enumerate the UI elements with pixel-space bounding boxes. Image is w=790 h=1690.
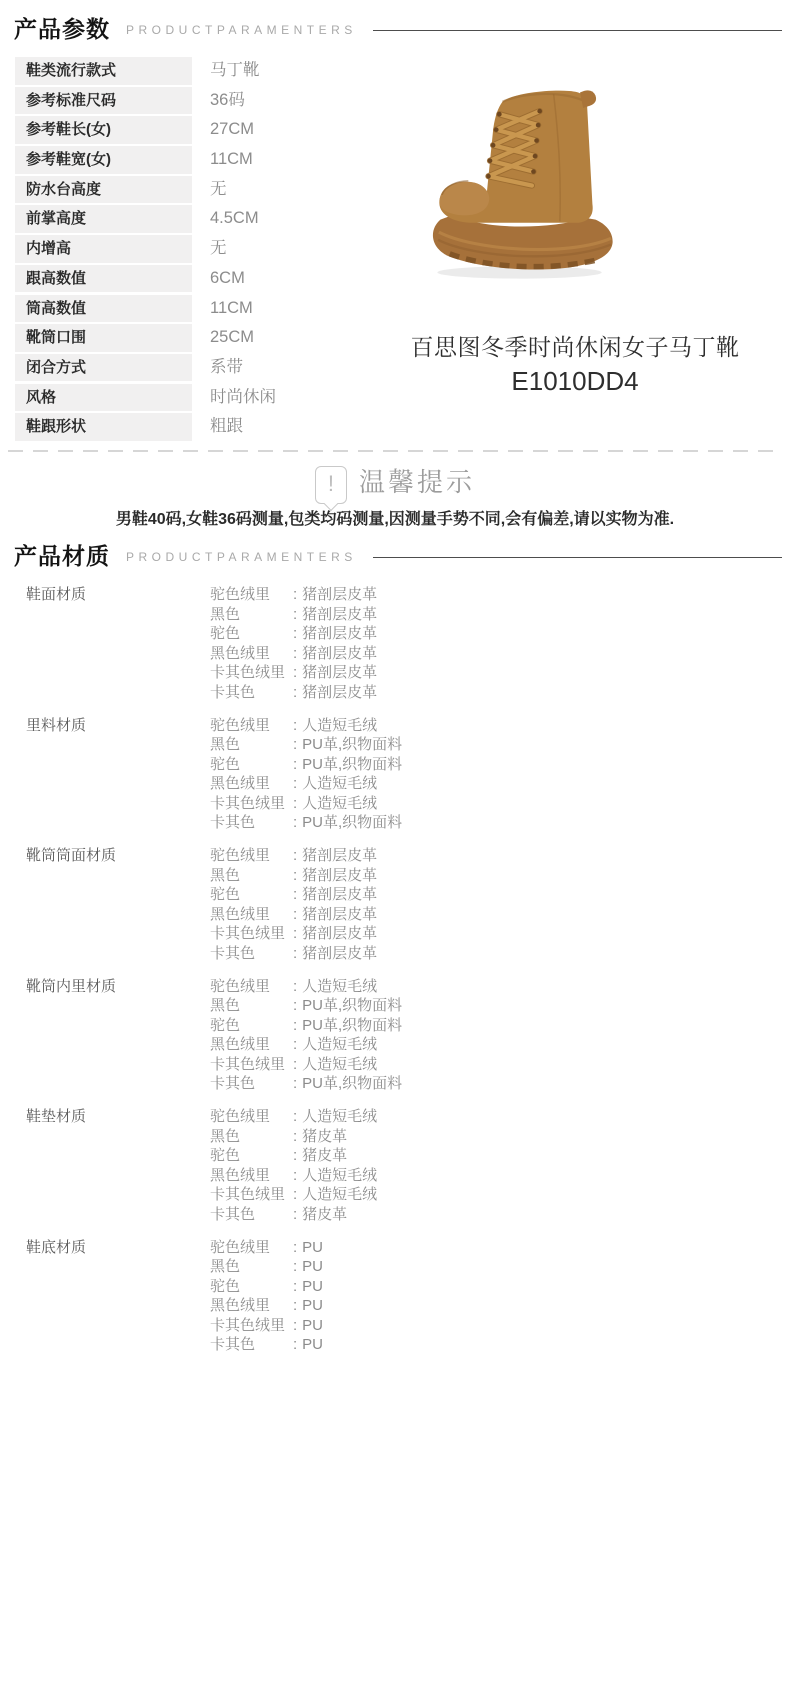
exclamation-bubble-icon: ! — [315, 466, 347, 504]
material-colon: : — [293, 716, 297, 736]
material-value: PU — [302, 1335, 323, 1355]
table-row: 参考鞋宽(女) 11CM — [15, 146, 395, 174]
material-row: 驼色绒里 : 猪剖层皮革 — [210, 585, 770, 605]
material-value: 猪剖层皮革 — [302, 905, 377, 925]
material-value: 人造短毛绒 — [302, 774, 377, 794]
material-color-name: 黑色 — [210, 866, 293, 886]
param-label: 鞋类流行款式 — [15, 57, 192, 85]
material-color-name: 卡其色绒里 — [210, 794, 293, 814]
material-value: 人造短毛绒 — [302, 1035, 377, 1055]
material-rows: 驼色绒里 : 人造短毛绒 黑色 : 猪皮革 驼色 : 猪皮革 黑色绒里 : 人造… — [210, 1107, 770, 1224]
parameters-table: 鞋类流行款式 马丁靴 参考标准尺码 36码 参考鞋长(女) 27CM 参考鞋宽(… — [15, 57, 395, 443]
material-row: 驼色 : PU — [210, 1277, 770, 1297]
material-color-name: 卡其色 — [210, 683, 293, 703]
material-row: 卡其色 : 猪剖层皮革 — [210, 683, 770, 703]
param-label: 内增高 — [15, 235, 192, 263]
material-rows: 驼色绒里 : 猪剖层皮革 黑色 : 猪剖层皮革 驼色 : 猪剖层皮革 黑色绒里 … — [210, 846, 770, 963]
product-photo-martin-boot — [428, 86, 618, 282]
material-colon: : — [293, 683, 297, 703]
param-value: 4.5CM — [210, 205, 259, 233]
table-row: 风格 时尚休闲 — [15, 384, 395, 412]
material-color-name: 驼色绒里 — [210, 846, 293, 866]
material-value: PU革,织物面料 — [302, 735, 402, 755]
material-section: 靴筒筒面材质 驼色绒里 : 猪剖层皮革 黑色 : 猪剖层皮革 驼色 : 猪剖层皮… — [26, 846, 770, 963]
param-label: 参考标准尺码 — [15, 87, 192, 115]
material-colon: : — [293, 1016, 297, 1036]
material-colon: : — [293, 663, 297, 683]
material-section-label: 鞋面材质 — [26, 585, 86, 605]
material-row: 卡其色 : 猪皮革 — [210, 1205, 770, 1225]
material-color-name: 卡其色 — [210, 1205, 293, 1225]
material-value: 人造短毛绒 — [302, 794, 377, 814]
material-section-label: 鞋底材质 — [26, 1238, 86, 1258]
material-row: 驼色 : PU革,织物面料 — [210, 1016, 770, 1036]
material-row: 黑色绒里 : 人造短毛绒 — [210, 774, 770, 794]
tip-header: ! 温馨提示 — [0, 456, 790, 504]
material-value: PU — [302, 1316, 323, 1336]
material-section: 靴筒内里材质 驼色绒里 : 人造短毛绒 黑色 : PU革,织物面料 驼色 : P… — [26, 977, 770, 1094]
param-value: 6CM — [210, 265, 245, 293]
material-value: 人造短毛绒 — [302, 1166, 377, 1186]
material-value: 猪皮革 — [302, 1205, 347, 1225]
material-color-name: 卡其色绒里 — [210, 1055, 293, 1075]
material-colon: : — [293, 735, 297, 755]
material-color-name: 黑色 — [210, 735, 293, 755]
tip-text: 男鞋40码,女鞋36码测量,包类均码测量,因测量手势不同,会有偏差,请以实物为准… — [0, 506, 790, 529]
param-value: 无 — [210, 176, 227, 204]
material-value: 猪剖层皮革 — [302, 683, 377, 703]
material-value: PU革,织物面料 — [302, 1016, 402, 1036]
product-detail-page: { "header_params": { "title": "产品参数", "s… — [0, 0, 790, 1690]
param-value: 马丁靴 — [210, 57, 260, 85]
param-label: 鞋跟形状 — [15, 413, 192, 441]
material-section: 鞋垫材质 驼色绒里 : 人造短毛绒 黑色 : 猪皮革 驼色 : 猪皮革 黑色绒里… — [26, 1107, 770, 1224]
param-value: 粗跟 — [210, 413, 243, 441]
param-label: 参考鞋长(女) — [15, 116, 192, 144]
material-row: 驼色 : PU革,织物面料 — [210, 755, 770, 775]
material-rows: 驼色绒里 : 人造短毛绒 黑色 : PU革,织物面料 驼色 : PU革,织物面料… — [210, 977, 770, 1094]
table-row: 跟高数值 6CM — [15, 265, 395, 293]
material-row: 卡其色 : 猪剖层皮革 — [210, 944, 770, 964]
table-row: 靴筒口围 25CM — [15, 324, 395, 352]
param-label: 靴筒口围 — [15, 324, 192, 352]
material-row: 驼色绒里 : PU — [210, 1238, 770, 1258]
material-row: 卡其色绒里 : 猪剖层皮革 — [210, 924, 770, 944]
param-value: 无 — [210, 235, 227, 263]
material-value: 猪剖层皮革 — [302, 866, 377, 886]
material-colon: : — [293, 644, 297, 664]
material-row: 卡其色绒里 : 人造短毛绒 — [210, 1185, 770, 1205]
section-header-parameters: 产品参数 PRODUCTPARAMENTERS — [14, 11, 782, 44]
material-colon: : — [293, 755, 297, 775]
material-color-name: 黑色绒里 — [210, 905, 293, 925]
section-title: 产品参数 — [14, 11, 110, 44]
material-color-name: 驼色 — [210, 1146, 293, 1166]
material-row: 卡其色绒里 : 人造短毛绒 — [210, 794, 770, 814]
material-section-label: 靴筒内里材质 — [26, 977, 116, 997]
material-colon: : — [293, 624, 297, 644]
material-colon: : — [293, 1335, 297, 1355]
material-row: 驼色 : 猪剖层皮革 — [210, 624, 770, 644]
param-value: 时尚休闲 — [210, 384, 276, 412]
material-value: 人造短毛绒 — [302, 1185, 377, 1205]
material-value: 猪剖层皮革 — [302, 846, 377, 866]
param-label: 闭合方式 — [15, 354, 192, 382]
material-colon: : — [293, 1205, 297, 1225]
material-row: 黑色绒里 : 人造短毛绒 — [210, 1035, 770, 1055]
material-value: PU — [302, 1257, 323, 1277]
material-value: PU革,织物面料 — [302, 755, 402, 775]
material-color-name: 黑色 — [210, 605, 293, 625]
material-value: PU革,织物面料 — [302, 1074, 402, 1094]
material-value: 猪剖层皮革 — [302, 644, 377, 664]
param-label: 风格 — [15, 384, 192, 412]
material-color-name: 卡其色 — [210, 1074, 293, 1094]
material-colon: : — [293, 905, 297, 925]
material-row: 黑色 : PU革,织物面料 — [210, 735, 770, 755]
material-row: 卡其色 : PU — [210, 1335, 770, 1355]
material-value: 猪剖层皮革 — [302, 605, 377, 625]
material-rows: 驼色绒里 : 人造短毛绒 黑色 : PU革,织物面料 驼色 : PU革,织物面料… — [210, 716, 770, 833]
material-colon: : — [293, 1127, 297, 1147]
material-colon: : — [293, 605, 297, 625]
material-colon: : — [293, 944, 297, 964]
table-row: 防水台高度 无 — [15, 176, 395, 204]
material-color-name: 黑色 — [210, 1257, 293, 1277]
material-value: 人造短毛绒 — [302, 1055, 377, 1075]
material-rows: 驼色绒里 : 猪剖层皮革 黑色 : 猪剖层皮革 驼色 : 猪剖层皮革 黑色绒里 … — [210, 585, 770, 702]
material-colon: : — [293, 1055, 297, 1075]
material-colon: : — [293, 996, 297, 1016]
material-color-name: 驼色绒里 — [210, 1238, 293, 1258]
param-label: 参考鞋宽(女) — [15, 146, 192, 174]
param-value: 系带 — [210, 354, 243, 382]
material-color-name: 黑色绒里 — [210, 1035, 293, 1055]
material-colon: : — [293, 1296, 297, 1316]
material-color-name: 黑色 — [210, 996, 293, 1016]
material-colon: : — [293, 885, 297, 905]
param-label: 跟高数值 — [15, 265, 192, 293]
material-color-name: 驼色绒里 — [210, 977, 293, 997]
material-colon: : — [293, 1146, 297, 1166]
material-row: 黑色绒里 : 猪剖层皮革 — [210, 905, 770, 925]
material-value: PU — [302, 1296, 323, 1316]
material-color-name: 驼色 — [210, 1016, 293, 1036]
material-value: 人造短毛绒 — [302, 1107, 377, 1127]
material-color-name: 驼色 — [210, 885, 293, 905]
material-color-name: 驼色 — [210, 1277, 293, 1297]
material-value: PU — [302, 1238, 323, 1258]
material-color-name: 卡其色绒里 — [210, 1185, 293, 1205]
table-row: 鞋类流行款式 马丁靴 — [15, 57, 395, 85]
material-row: 驼色 : 猪剖层皮革 — [210, 885, 770, 905]
material-color-name: 卡其色绒里 — [210, 924, 293, 944]
section-subtitle: PRODUCTPARAMENTERS — [126, 23, 357, 37]
material-value: 猪皮革 — [302, 1146, 347, 1166]
material-row: 卡其色绒里 : 人造短毛绒 — [210, 1055, 770, 1075]
material-row: 黑色 : PU — [210, 1257, 770, 1277]
material-value: 猪剖层皮革 — [302, 624, 377, 644]
material-color-name: 卡其色 — [210, 944, 293, 964]
material-value: 猪皮革 — [302, 1127, 347, 1147]
material-value: 猪剖层皮革 — [302, 885, 377, 905]
dashed-divider — [8, 450, 782, 452]
material-section: 里料材质 驼色绒里 : 人造短毛绒 黑色 : PU革,织物面料 驼色 : PU革… — [26, 716, 770, 833]
material-value: 猪剖层皮革 — [302, 663, 377, 683]
material-colon: : — [293, 1107, 297, 1127]
section-title: 产品材质 — [14, 538, 110, 571]
material-color-name: 黑色绒里 — [210, 1166, 293, 1186]
material-colon: : — [293, 1166, 297, 1186]
material-value: 猪剖层皮革 — [302, 585, 377, 605]
header-rule-line — [373, 557, 782, 558]
material-section-label: 鞋垫材质 — [26, 1107, 86, 1127]
header-rule-line — [373, 30, 782, 31]
material-color-name: 驼色绒里 — [210, 1107, 293, 1127]
table-row: 内增高 无 — [15, 235, 395, 263]
param-label: 防水台高度 — [15, 176, 192, 204]
param-value: 25CM — [210, 324, 254, 352]
table-row: 前掌高度 4.5CM — [15, 205, 395, 233]
material-value: 猪剖层皮革 — [302, 924, 377, 944]
material-value: 人造短毛绒 — [302, 716, 377, 736]
material-section: 鞋底材质 驼色绒里 : PU 黑色 : PU 驼色 : PU 黑色绒里 : PU… — [26, 1238, 770, 1355]
material-colon: : — [293, 1316, 297, 1336]
materials-list: 鞋面材质 驼色绒里 : 猪剖层皮革 黑色 : 猪剖层皮革 驼色 : 猪剖层皮革 … — [26, 585, 770, 1368]
material-colon: : — [293, 585, 297, 605]
material-colon: : — [293, 1257, 297, 1277]
material-section-label: 里料材质 — [26, 716, 86, 736]
material-colon: : — [293, 1185, 297, 1205]
material-colon: : — [293, 977, 297, 997]
material-section-label: 靴筒筒面材质 — [26, 846, 116, 866]
material-row: 驼色绒里 : 人造短毛绒 — [210, 716, 770, 736]
material-colon: : — [293, 813, 297, 833]
material-color-name: 卡其色 — [210, 813, 293, 833]
material-value: 猪剖层皮革 — [302, 944, 377, 964]
material-color-name: 黑色绒里 — [210, 1296, 293, 1316]
material-row: 卡其色 : PU革,织物面料 — [210, 813, 770, 833]
section-header-materials: 产品材质 PRODUCTPARAMENTERS — [14, 538, 782, 571]
material-color-name: 卡其色 — [210, 1335, 293, 1355]
param-value: 11CM — [210, 146, 253, 174]
param-value: 27CM — [210, 116, 254, 144]
material-color-name: 驼色绒里 — [210, 585, 293, 605]
material-colon: : — [293, 1277, 297, 1297]
material-rows: 驼色绒里 : PU 黑色 : PU 驼色 : PU 黑色绒里 : PU 卡其色绒… — [210, 1238, 770, 1355]
material-color-name: 驼色 — [210, 755, 293, 775]
material-colon: : — [293, 924, 297, 944]
material-color-name: 黑色绒里 — [210, 644, 293, 664]
material-row: 黑色绒里 : 人造短毛绒 — [210, 1166, 770, 1186]
material-colon: : — [293, 1238, 297, 1258]
material-value: PU — [302, 1277, 323, 1297]
product-title: 百思图冬季时尚休闲女子马丁靴 — [360, 329, 790, 362]
table-row: 参考鞋长(女) 27CM — [15, 116, 395, 144]
param-label: 前掌高度 — [15, 205, 192, 233]
material-row: 黑色 : 猪剖层皮革 — [210, 866, 770, 886]
tip-title: 温馨提示 — [359, 462, 475, 499]
material-color-name: 卡其色绒里 — [210, 663, 293, 683]
material-row: 黑色绒里 : PU — [210, 1296, 770, 1316]
material-section: 鞋面材质 驼色绒里 : 猪剖层皮革 黑色 : 猪剖层皮革 驼色 : 猪剖层皮革 … — [26, 585, 770, 702]
material-row: 驼色 : 猪皮革 — [210, 1146, 770, 1166]
material-colon: : — [293, 794, 297, 814]
table-row: 闭合方式 系带 — [15, 354, 395, 382]
material-colon: : — [293, 774, 297, 794]
param-label: 筒高数值 — [15, 295, 192, 323]
param-value: 36码 — [210, 87, 245, 115]
material-colon: : — [293, 866, 297, 886]
param-value: 11CM — [210, 295, 253, 323]
material-value: PU革,织物面料 — [302, 996, 402, 1016]
material-row: 卡其色 : PU革,织物面料 — [210, 1074, 770, 1094]
material-color-name: 驼色绒里 — [210, 716, 293, 736]
material-colon: : — [293, 1035, 297, 1055]
material-color-name: 驼色 — [210, 624, 293, 644]
material-row: 黑色 : 猪皮革 — [210, 1127, 770, 1147]
material-value: PU革,织物面料 — [302, 813, 402, 833]
material-row: 黑色 : PU革,织物面料 — [210, 996, 770, 1016]
table-row: 参考标准尺码 36码 — [15, 87, 395, 115]
material-row: 黑色绒里 : 猪剖层皮革 — [210, 644, 770, 664]
table-row: 鞋跟形状 粗跟 — [15, 413, 395, 441]
material-value: 人造短毛绒 — [302, 977, 377, 997]
section-subtitle: PRODUCTPARAMENTERS — [126, 550, 357, 564]
product-model-code: E1010DD4 — [360, 366, 790, 397]
material-row: 驼色绒里 : 人造短毛绒 — [210, 1107, 770, 1127]
material-color-name: 黑色 — [210, 1127, 293, 1147]
material-row: 黑色 : 猪剖层皮革 — [210, 605, 770, 625]
material-row: 卡其色绒里 : PU — [210, 1316, 770, 1336]
material-color-name: 卡其色绒里 — [210, 1316, 293, 1336]
material-colon: : — [293, 846, 297, 866]
material-color-name: 黑色绒里 — [210, 774, 293, 794]
material-row: 驼色绒里 : 猪剖层皮革 — [210, 846, 770, 866]
material-row: 卡其色绒里 : 猪剖层皮革 — [210, 663, 770, 683]
material-colon: : — [293, 1074, 297, 1094]
material-row: 驼色绒里 : 人造短毛绒 — [210, 977, 770, 997]
table-row: 筒高数值 11CM — [15, 295, 395, 323]
